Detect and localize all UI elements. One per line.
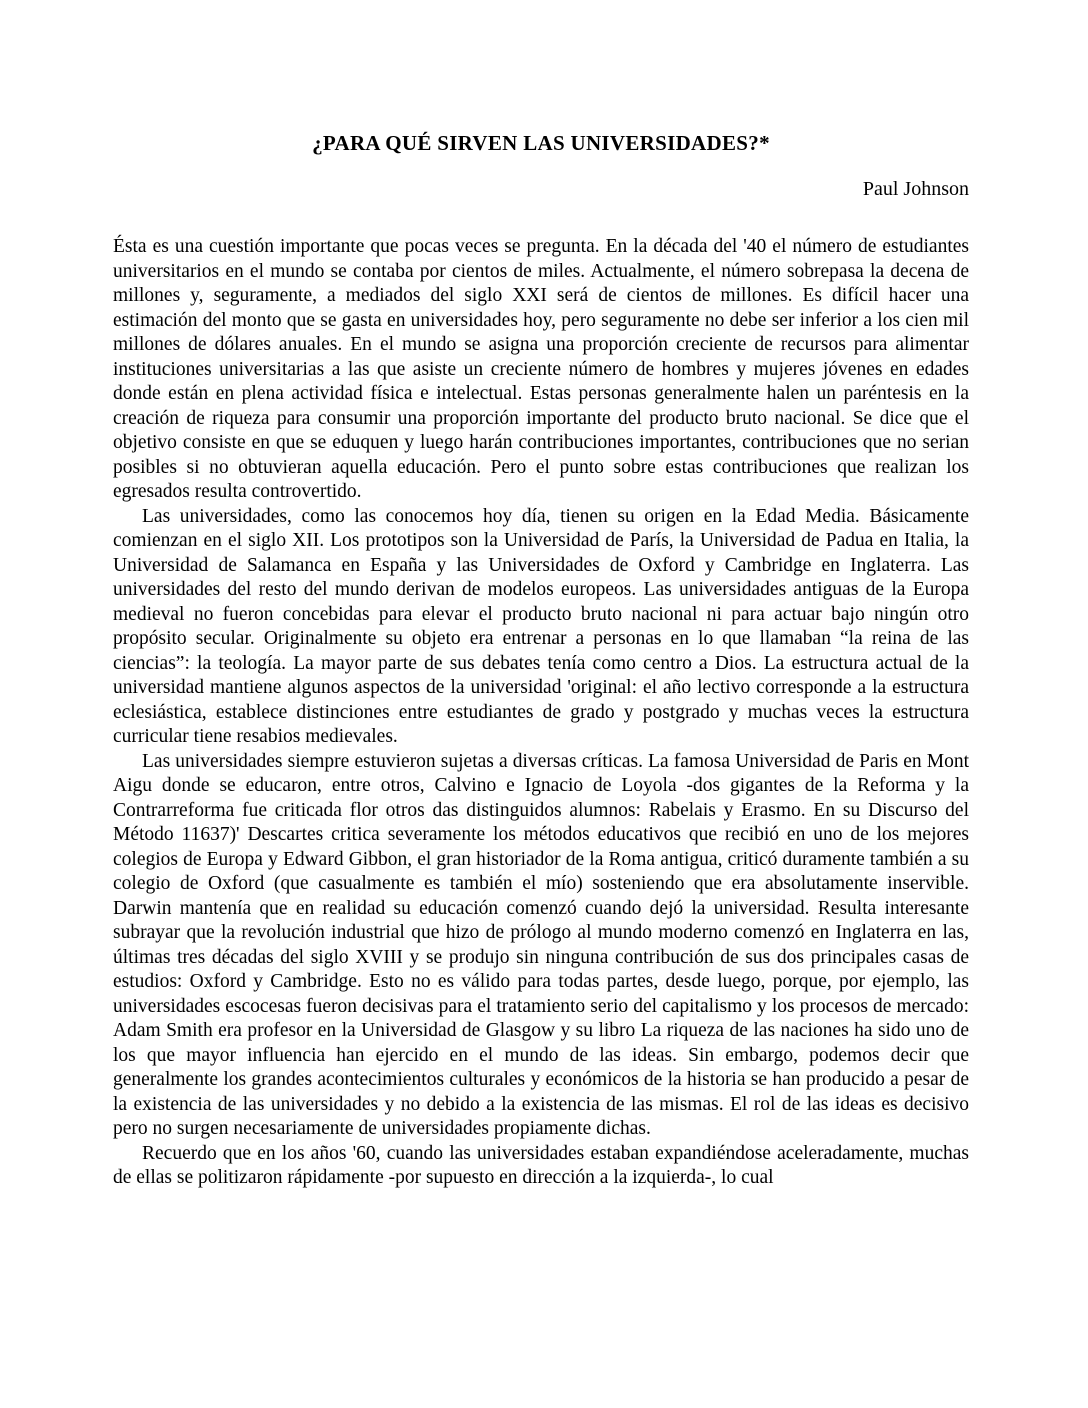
- document-page: ¿PARA QUÉ SIRVEN LAS UNIVERSIDADES?* Pau…: [0, 0, 1088, 1408]
- paragraph-2: Las universidades, como las conocemos ho…: [113, 505, 969, 750]
- document-content: ¿PARA QUÉ SIRVEN LAS UNIVERSIDADES?* Pau…: [113, 130, 969, 1191]
- paragraph-4: Recuerdo que en los años '60, cuando las…: [113, 1142, 969, 1191]
- paragraph-3: Las universidades siempre estuvieron suj…: [113, 750, 969, 1142]
- paragraph-1: Ésta es una cuestión importante que poca…: [113, 235, 969, 505]
- document-title: ¿PARA QUÉ SIRVEN LAS UNIVERSIDADES?*: [113, 130, 969, 156]
- document-body: Ésta es una cuestión importante que poca…: [113, 235, 969, 1191]
- document-author: Paul Johnson: [113, 177, 969, 201]
